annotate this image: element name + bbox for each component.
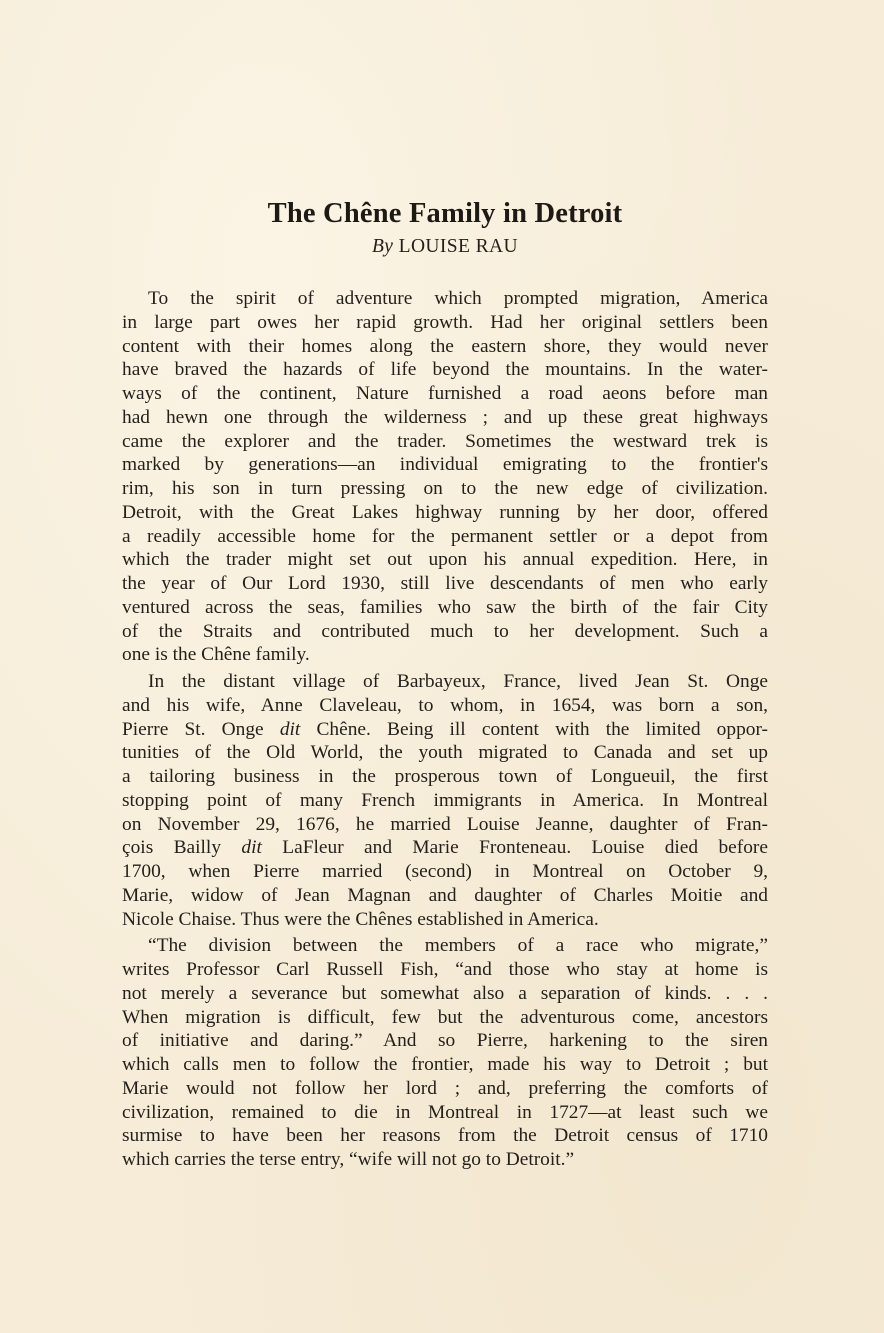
text-line: rim, his son in turn pressing on to the … <box>122 477 768 501</box>
line-text: When migration is difficult, few but the… <box>122 1007 768 1028</box>
text-line: stopping point of many French immigrants… <box>122 789 768 813</box>
paragraph: To the spirit of adventure which prompte… <box>122 287 768 667</box>
line-text: Chêne. Being ill content with the limite… <box>300 719 768 740</box>
text-line: Detroit, with the Great Lakes highway ru… <box>122 501 768 525</box>
line-text: rim, his son in turn pressing on to the … <box>122 478 768 499</box>
scanned-page: The Chêne Family in Detroit By LOUISE RA… <box>0 0 884 1333</box>
line-text: tunities of the Old World, the youth mig… <box>122 742 768 763</box>
line-text: in large part owes her rapid growth. Had… <box>122 312 768 333</box>
text-line: came the explorer and the trader. Someti… <box>122 430 768 454</box>
text-line: ventured across the seas, families who s… <box>122 596 768 620</box>
text-line: surmise to have been her reasons from th… <box>122 1124 768 1148</box>
text-line: “The division between the members of a r… <box>122 934 768 958</box>
text-line: Pierre St. Onge dit Chêne. Being ill con… <box>122 718 768 742</box>
line-text: the year of Our Lord 1930, still live de… <box>122 573 768 594</box>
text-line: in large part owes her rapid growth. Had… <box>122 311 768 335</box>
text-line: 1700, when Pierre married (second) in Mo… <box>122 860 768 884</box>
text-line: had hewn one through the wilderness ; an… <box>122 406 768 430</box>
text-line: content with their homes along the easte… <box>122 335 768 359</box>
line-text: of initiative and daring.” And so Pierre… <box>122 1030 768 1051</box>
line-text: “The division between the members of a r… <box>148 935 768 956</box>
line-text: marked by generations—an individual emig… <box>122 454 768 475</box>
article-body: To the spirit of adventure which prompte… <box>122 287 768 1172</box>
text-line: the year of Our Lord 1930, still live de… <box>122 572 768 596</box>
line-text: To the spirit of adventure which prompte… <box>148 288 768 309</box>
line-text: Marie, widow of Jean Magnan and daughter… <box>122 885 768 906</box>
line-text: a tailoring business in the prosperous t… <box>122 766 768 787</box>
text-line: tunities of the Old World, the youth mig… <box>122 741 768 765</box>
text-line: of the Straits and contributed much to h… <box>122 620 768 644</box>
italic-term: dit <box>280 719 300 740</box>
line-text: a readily accessible home for the perman… <box>122 526 768 547</box>
line-text: of the Straits and contributed much to h… <box>122 621 768 642</box>
byline: By LOUISE RAU <box>0 234 884 260</box>
line-text: surmise to have been her reasons from th… <box>122 1125 768 1146</box>
text-line: not merely a severance but somewhat also… <box>122 982 768 1006</box>
line-text: writes Professor Carl Russell Fish, “and… <box>122 959 768 980</box>
text-line: Marie would not follow her lord ; and, p… <box>122 1077 768 1101</box>
line-text: ventured across the seas, families who s… <box>122 597 768 618</box>
text-line: one is the Chêne family. <box>122 643 768 667</box>
line-text: not merely a severance but somewhat also… <box>122 983 768 1004</box>
article-title: The Chêne Family in Detroit <box>0 197 884 231</box>
text-line: on November 29, 1676, he married Louise … <box>122 813 768 837</box>
text-line: çois Bailly dit LaFleur and Marie Fronte… <box>122 836 768 860</box>
text-line: of initiative and daring.” And so Pierre… <box>122 1029 768 1053</box>
line-text: have braved the hazards of life beyond t… <box>122 359 768 380</box>
text-line: In the distant village of Barbayeux, Fra… <box>122 670 768 694</box>
text-line: writes Professor Carl Russell Fish, “and… <box>122 958 768 982</box>
text-line: marked by generations—an individual emig… <box>122 453 768 477</box>
line-text: which carries the terse entry, “wife wil… <box>122 1149 574 1170</box>
text-line: civilization, remained to die in Montrea… <box>122 1101 768 1125</box>
line-text: which the trader might set out upon his … <box>122 549 768 570</box>
text-line: which the trader might set out upon his … <box>122 548 768 572</box>
text-line: which calls men to follow the frontier, … <box>122 1053 768 1077</box>
text-line: a tailoring business in the prosperous t… <box>122 765 768 789</box>
text-line: a readily accessible home for the perman… <box>122 525 768 549</box>
line-text: Pierre St. Onge <box>122 719 280 740</box>
line-text: In the distant village of Barbayeux, Fra… <box>148 671 768 692</box>
paragraph: “The division between the members of a r… <box>122 934 768 1172</box>
text-line: ways of the continent, Nature furnished … <box>122 382 768 406</box>
line-text: came the explorer and the trader. Someti… <box>122 431 768 452</box>
line-text: content with their homes along the easte… <box>122 336 768 357</box>
line-text: Marie would not follow her lord ; and, p… <box>122 1078 768 1099</box>
text-line: When migration is difficult, few but the… <box>122 1006 768 1030</box>
line-text: had hewn one through the wilderness ; an… <box>122 407 768 428</box>
text-line: have braved the hazards of life beyond t… <box>122 358 768 382</box>
line-text: which calls men to follow the frontier, … <box>122 1054 768 1075</box>
text-line: Marie, widow of Jean Magnan and daughter… <box>122 884 768 908</box>
byline-prefix: By <box>372 236 393 257</box>
line-text: and his wife, Anne Claveleau, to whom, i… <box>122 695 768 716</box>
text-line: Nicole Chaise. Thus were the Chênes esta… <box>122 908 768 932</box>
line-text: civilization, remained to die in Montrea… <box>122 1102 768 1123</box>
text-line: To the spirit of adventure which prompte… <box>122 287 768 311</box>
line-text: LaFleur and Marie Fronteneau. Louise die… <box>262 837 768 858</box>
line-text: stopping point of many French immigrants… <box>122 790 768 811</box>
line-text: Detroit, with the Great Lakes highway ru… <box>122 502 768 523</box>
line-text: ways of the continent, Nature furnished … <box>122 383 768 404</box>
line-text: one is the Chêne family. <box>122 644 310 665</box>
text-line: which carries the terse entry, “wife wil… <box>122 1148 768 1172</box>
italic-term: dit <box>241 837 261 858</box>
text-line: and his wife, Anne Claveleau, to whom, i… <box>122 694 768 718</box>
line-text: 1700, when Pierre married (second) in Mo… <box>122 861 768 882</box>
line-text: on November 29, 1676, he married Louise … <box>122 814 768 835</box>
author-name: LOUISE RAU <box>399 236 518 257</box>
line-text: çois Bailly <box>122 837 241 858</box>
line-text: Nicole Chaise. Thus were the Chênes esta… <box>122 909 599 930</box>
paragraph: In the distant village of Barbayeux, Fra… <box>122 670 768 931</box>
article-header: The Chêne Family in Detroit By LOUISE RA… <box>0 197 884 260</box>
